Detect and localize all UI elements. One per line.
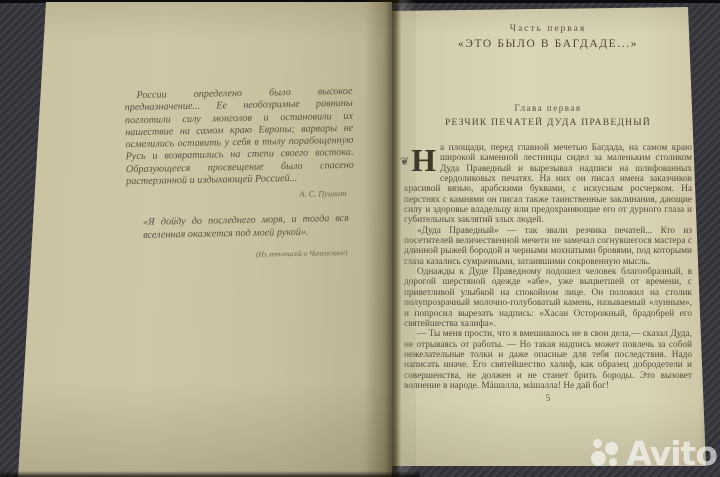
chapter-label: Глава первая — [404, 103, 692, 114]
book-photo: России определено было высокое предназна… — [0, 0, 720, 477]
chapter-body: ❦На площади, перед главной мечетью Багда… — [404, 143, 692, 391]
paragraph: — Ты меня прости, что я вмешиваюсь не в … — [404, 329, 692, 391]
drop-cap-initial: ❦Н — [404, 143, 440, 181]
part-label: Часть первая — [404, 24, 692, 35]
epigraph-pushkin: России определено было высокое предназна… — [124, 86, 354, 203]
page-number: 5 — [404, 393, 692, 403]
paragraph: Однажды к Дуде Праведному подошел челове… — [404, 267, 692, 329]
epigraph-chinggis-text: «Я дойду до последнего моря, и тогда вся… — [143, 213, 349, 242]
chapter-title: РЕЗЧИК ПЕЧАТЕЙ ДУДА ПРАВЕДНЫЙ — [404, 117, 692, 129]
paragraph-text: а площади, перед главной мечетью Багдада… — [404, 143, 692, 225]
photo-bottom-edge — [0, 471, 420, 477]
paragraph: ❦На площади, перед главной мечетью Багда… — [404, 143, 692, 226]
avito-watermark: Avito — [591, 437, 717, 470]
epigraph-chinggis: «Я дойду до последнего моря, и тогда вся… — [143, 213, 350, 261]
avito-logo-icon — [591, 438, 621, 470]
left-page-content: России определено было высокое предназна… — [124, 86, 355, 261]
epigraph-pushkin-text: России определено было высокое предназна… — [124, 86, 354, 189]
part-title: «ЭТО БЫЛО В БАГДАДЕ...» — [404, 38, 692, 51]
right-page-content: Часть первая «ЭТО БЫЛО В БАГДАДЕ...» Гла… — [404, 24, 692, 403]
drop-cap-letter: Н — [411, 142, 436, 178]
paragraph: «Дуда Праведный» — так звали резчика печ… — [404, 226, 692, 267]
avito-watermark-text: Avito — [626, 437, 717, 470]
epigraph-pushkin-attribution: А. С. Пушкин — [126, 189, 354, 202]
drop-cap-ornament-icon: ❦ — [400, 145, 409, 179]
